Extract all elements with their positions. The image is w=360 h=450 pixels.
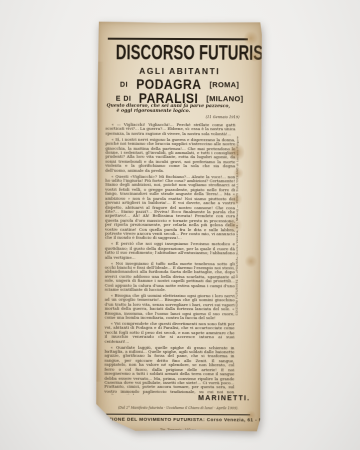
epigraph: Questo discorso, che sei anni fa parve p…: [106, 104, 244, 115]
side-vertical-ad: EDIZIONI FUTURISTE DI «POESIA» (Corso Ve…: [234, 100, 242, 315]
title-prefix: DI: [120, 82, 128, 89]
stain: [245, 254, 257, 268]
leaflet-paper: DISCORSO FUTURISTA AGLI ABITANTI DI PODA…: [96, 22, 262, 432]
top-rule: [108, 38, 248, 40]
poster-title: DISCORSO FUTURISTA: [116, 42, 244, 67]
speech-body: « — Vigliacchi! Vigliacchi!... Perché st…: [104, 123, 235, 396]
catalog-photo: DISCORSO FUTURISTA AGLI ABITANTI DI PODA…: [0, 0, 360, 450]
epigraph-line2: è oggi rigorosamente logico.: [106, 109, 244, 115]
leaflet-paper-wrapper: DISCORSO FUTURISTA AGLI ABITANTI DI PODA…: [96, 22, 262, 432]
bottom-rule: [102, 414, 250, 416]
poster-subtitle-line: AGLI ABITANTI: [98, 66, 262, 77]
body-paragraph: « Bisogna che gli uomini elettrizzino og…: [105, 294, 235, 321]
body-paragraph: « Noi insegniamo il tuffo nella morte te…: [105, 261, 235, 292]
title-city-roma: [ROMA]: [209, 80, 239, 89]
signature: MARINETTI.: [198, 395, 250, 402]
body-paragraph: « Voi comprendete che questi divertiment…: [104, 322, 234, 345]
printer-line: Tip. Taveggia - Milano: [96, 427, 260, 432]
edge-darkening: [94, 62, 103, 382]
body-paragraph: « Sì, i nostri nervi esigono la guerra e…: [105, 137, 235, 173]
attribution-line: (Dal 2° Manifesto futurista - Uccidiamo …: [96, 405, 260, 410]
body-paragraph: « — Vigliacchi! Vigliacchi!... Perché st…: [105, 123, 235, 137]
body-paragraph: « Guardate laggiù, quelle spighe di gran…: [104, 345, 234, 395]
title-prefix: E DI: [116, 96, 132, 103]
body-paragraph: « È perciò che noi oggi insegniamo l'ero…: [105, 242, 235, 260]
epigraph-date: (11 Gennaio 1919): [206, 115, 240, 119]
publisher-line: DIREZIONE DEL MOVIMENTO FUTURISTA: Corso…: [96, 417, 260, 423]
body-paragraph: « Questi «Vigliacchi»? Mi fischiano?... …: [105, 174, 235, 241]
